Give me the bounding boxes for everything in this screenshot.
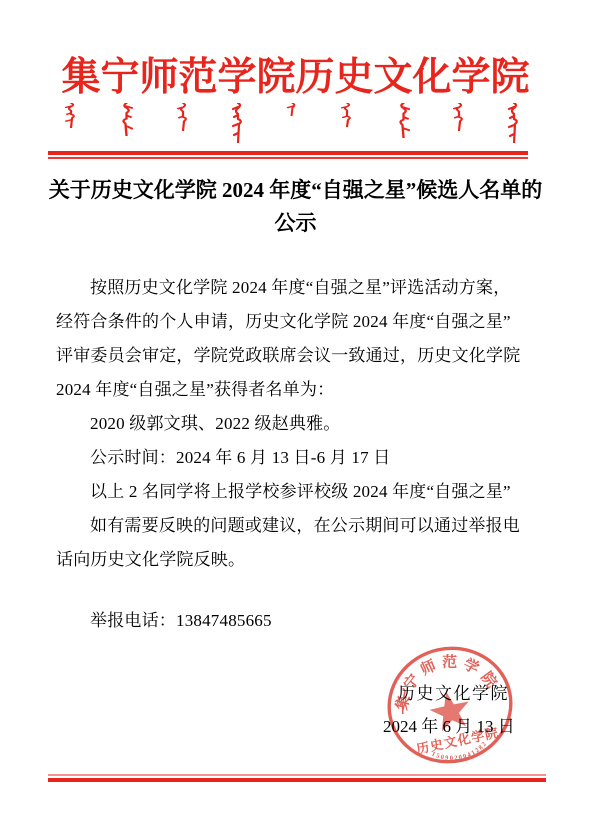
notice-page: 集宁师范学院历史文化学院 关于历史文化学院 2024 年度“自强之星”候选人名单… xyxy=(0,0,591,831)
header-divider xyxy=(48,151,528,159)
body-line: 话向历史文化学院反映。 xyxy=(56,543,526,577)
notice-title: 关于历史文化学院 2024 年度“自强之星”候选人名单的 公示 xyxy=(30,174,561,240)
notice-title-line2: 公示 xyxy=(30,207,561,240)
body-line: 评审委员会审定，学院党政联席会议一致通过，历史文化学院 xyxy=(56,339,526,373)
mongolian-word-icon xyxy=(176,103,189,131)
official-seal-graphic: 集宁师范学院 历史文化学院 1509020041282 xyxy=(386,645,514,765)
mongolian-script-row xyxy=(64,103,520,149)
body-line: 如有需要反映的问题或建议，在公示期间可以通过举报电 xyxy=(56,509,526,543)
report-phone-line: 举报电话：13847485665 xyxy=(90,606,272,631)
body-line: 以上 2 名同学将上报学校参评校级 2024 年度“自强之星” xyxy=(56,475,526,509)
mongolian-word-icon xyxy=(119,103,133,136)
body-line: 2024 年度“自强之星”获得者名单为： xyxy=(56,373,526,407)
signature-date: 2024 年 6 月 13 日 xyxy=(383,712,515,737)
body-line: 2020 级郭文琪、2022 级赵典雅。 xyxy=(56,407,526,441)
mongolian-word-icon xyxy=(64,103,77,128)
signature-name: 历史文化学院 xyxy=(398,679,509,704)
notice-body: 按照历史文化学院 2024 年度“自强之星”评选活动方案， 经符合条件的个人申请… xyxy=(56,271,526,577)
body-line: 按照历史文化学院 2024 年度“自强之星”评选活动方案， xyxy=(56,271,526,305)
notice-title-line1: 关于历史文化学院 2024 年度“自强之星”候选人名单的 xyxy=(30,174,561,207)
body-line: 公示时间：2024 年 6 月 13 日-6 月 17 日 xyxy=(56,441,526,475)
footer-divider xyxy=(48,774,546,782)
letterhead-institution-title: 集宁师范学院历史文化学院 xyxy=(0,46,591,102)
mongolian-word-icon xyxy=(452,103,465,131)
mongolian-word-icon xyxy=(340,103,353,127)
mongolian-word-icon xyxy=(507,103,520,143)
official-seal: 集宁师范学院 历史文化学院 1509020041282 xyxy=(386,645,514,765)
mongolian-word-icon xyxy=(231,103,244,143)
mongolian-word-icon xyxy=(286,103,298,116)
mongolian-word-icon xyxy=(396,103,410,138)
body-line: 经符合条件的个人申请，历史文化学院 2024 年度“自强之星” xyxy=(56,305,526,339)
